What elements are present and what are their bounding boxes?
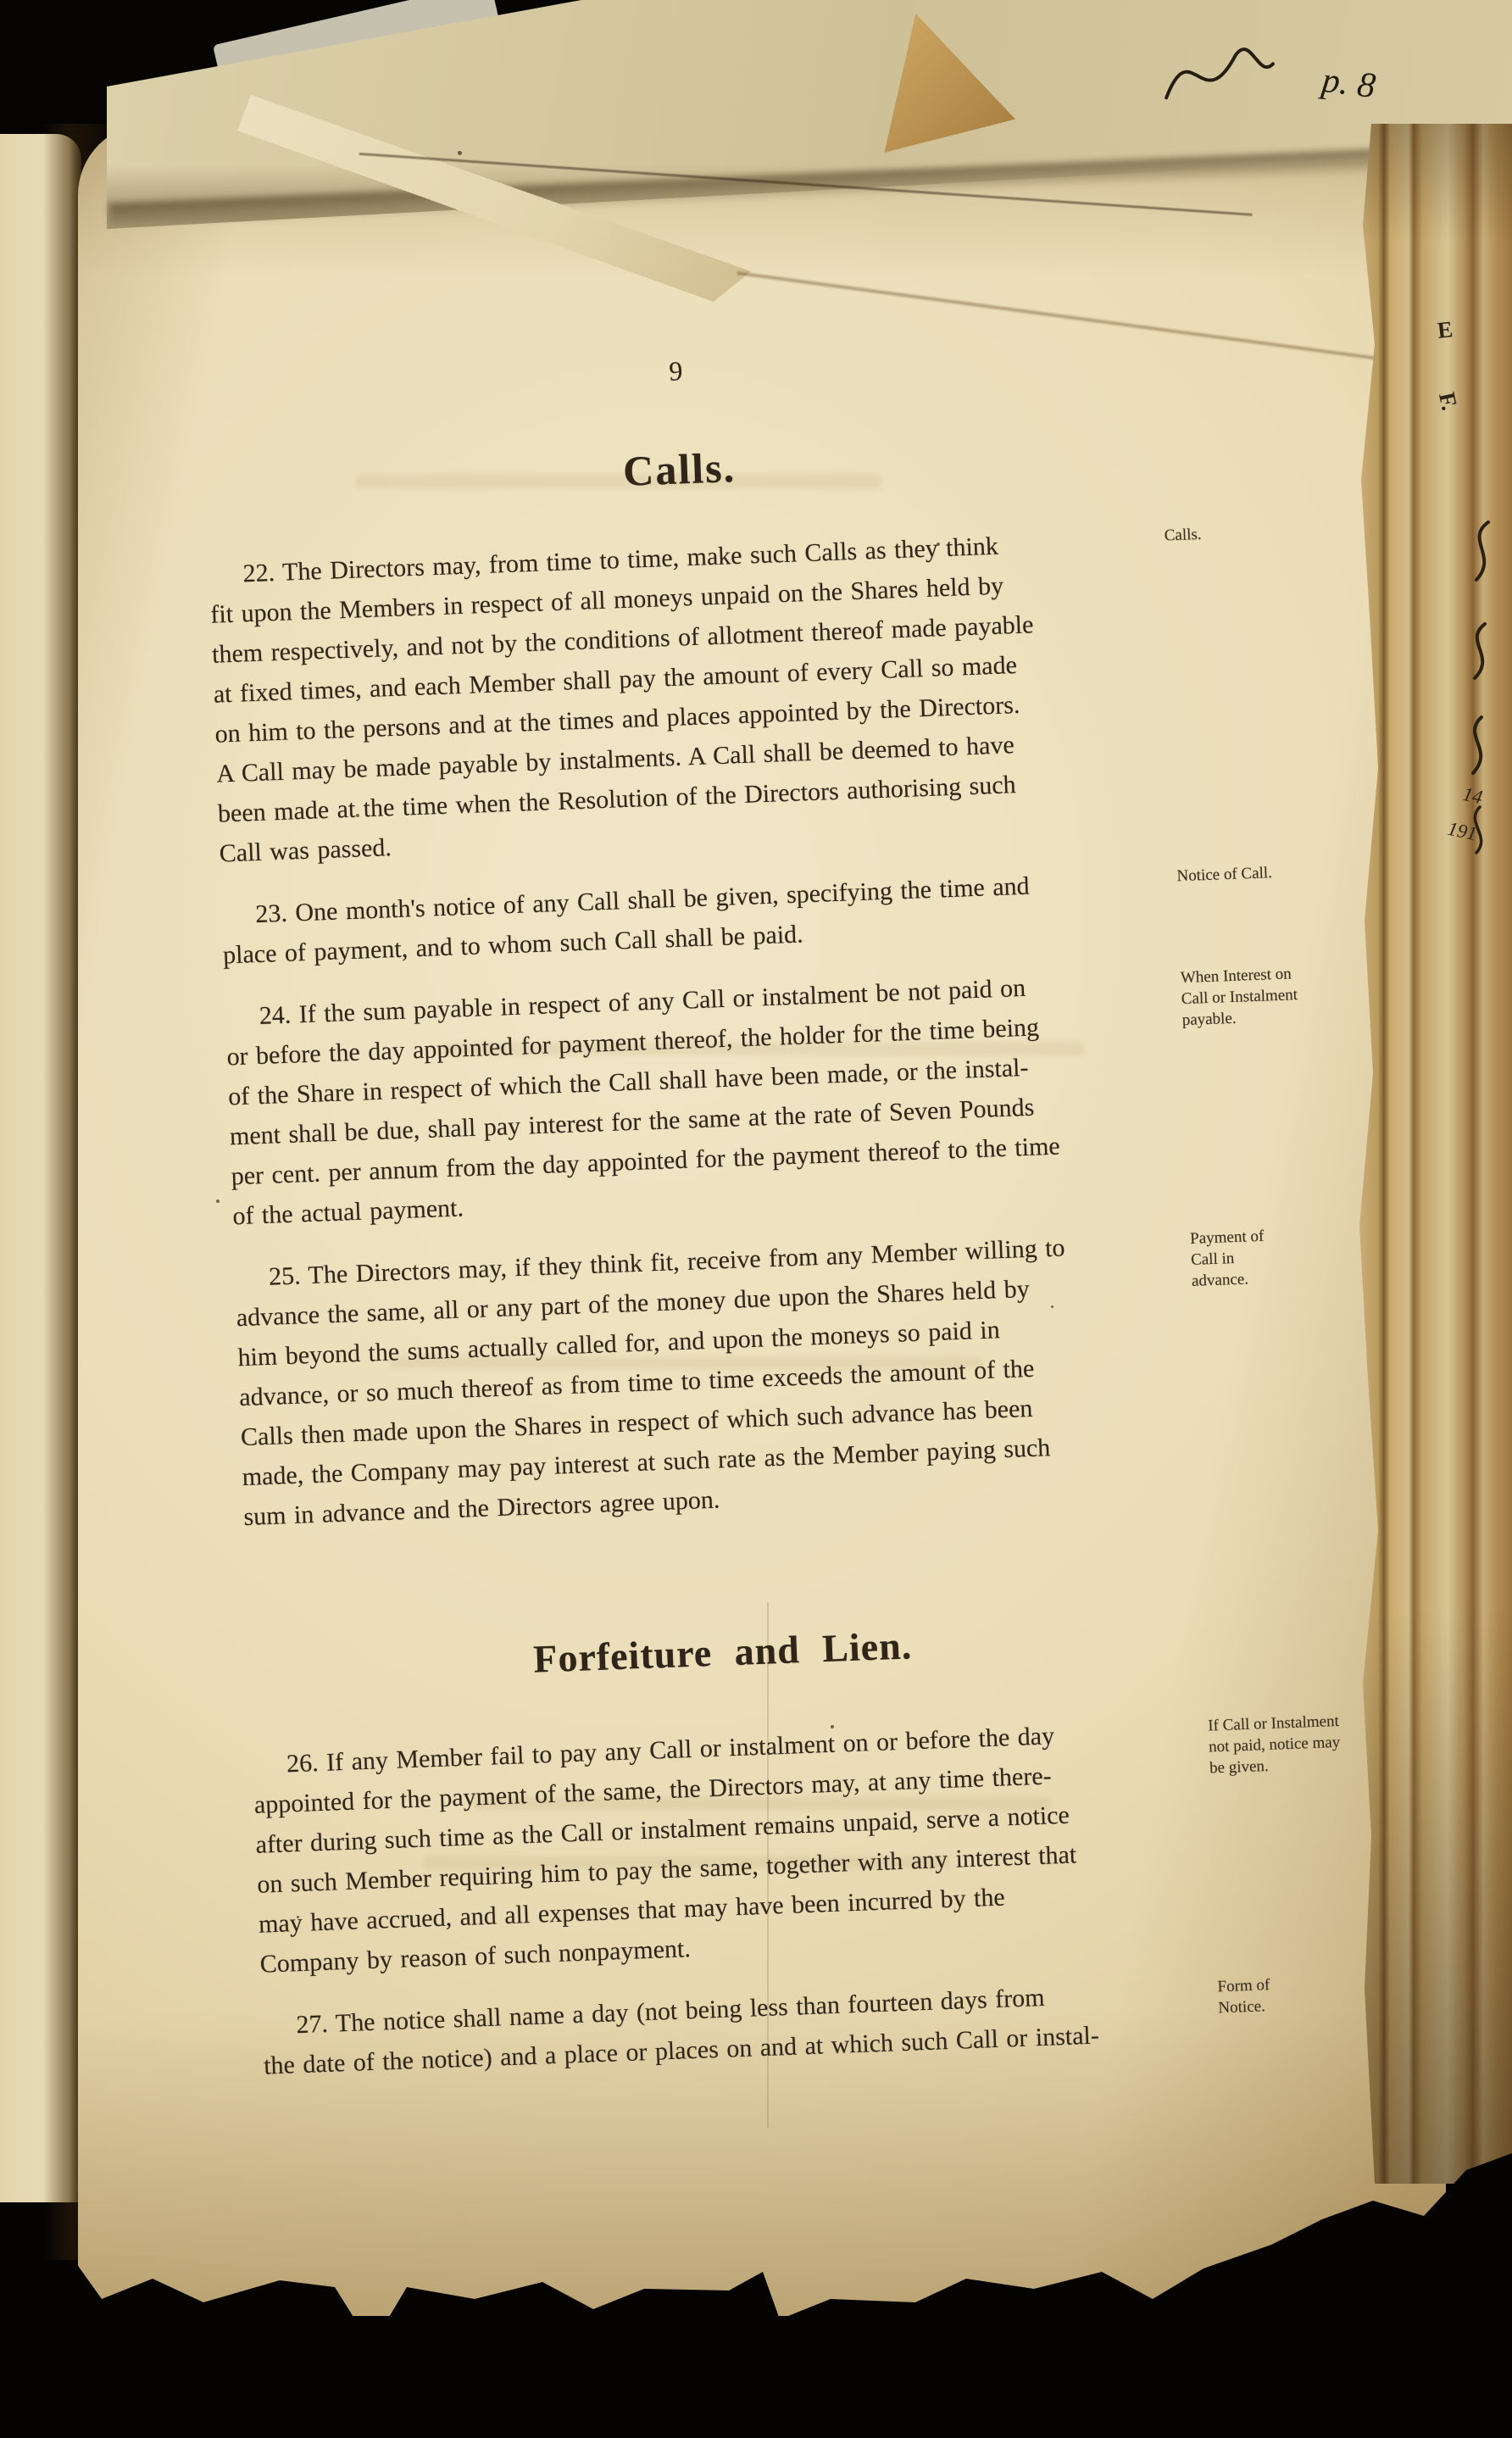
ink-speck [356,814,359,817]
ink-speck [216,1200,220,1203]
ink-speck [593,1000,596,1003]
ink-speck [831,1725,834,1728]
paragraph-22: Calls. 22. The Directors may, from time … [208,520,1177,873]
margin-note: Payment of Call in advance. [1190,1225,1294,1292]
margin-note: If Call or Instalment not paid, notice m… [1208,1711,1344,1779]
handwritten-page-ref: p. 8 [1320,60,1377,107]
ink-speck [1051,1305,1053,1308]
edge-printed-letter: F. [1433,390,1463,413]
fore-edge-page-stack: E F. 14 191 [1356,124,1512,2184]
printed-text-block: 9 Calls. Calls. 22. The Directors may, f… [202,338,1222,2108]
handwriting-flourish-icon [1154,17,1336,147]
margin-note: Form of Notice. [1217,1973,1295,2018]
ink-speck [458,151,462,155]
edge-printed-letter: E [1436,316,1454,344]
ink-speck [937,543,940,546]
section-heading-calls: Calls. [205,427,1154,516]
paragraph-26: If Call or Instalment not paid, notice m… [252,1711,1218,1984]
section-heading-forfeiture: Forfeiture and Lien. [248,1612,1197,1698]
margin-note: When Interest on Call or Instalment paya… [1180,962,1316,1031]
paragraph-23: Notice of Call. 23. One month's notice o… [221,860,1181,975]
scanned-book-page: p. 8 E F. 14 191 9 Calls. Calls. 22. The… [0,0,1512,2438]
paragraph-24: When Interest on Call or Instalment paya… [225,962,1191,1236]
ink-speck [297,1916,299,1918]
paragraph-27: Form of Notice. 27. The notice shall nam… [262,1971,1222,2085]
paragraph-25: Payment of Call in advance. 25. The Dire… [234,1223,1201,1537]
